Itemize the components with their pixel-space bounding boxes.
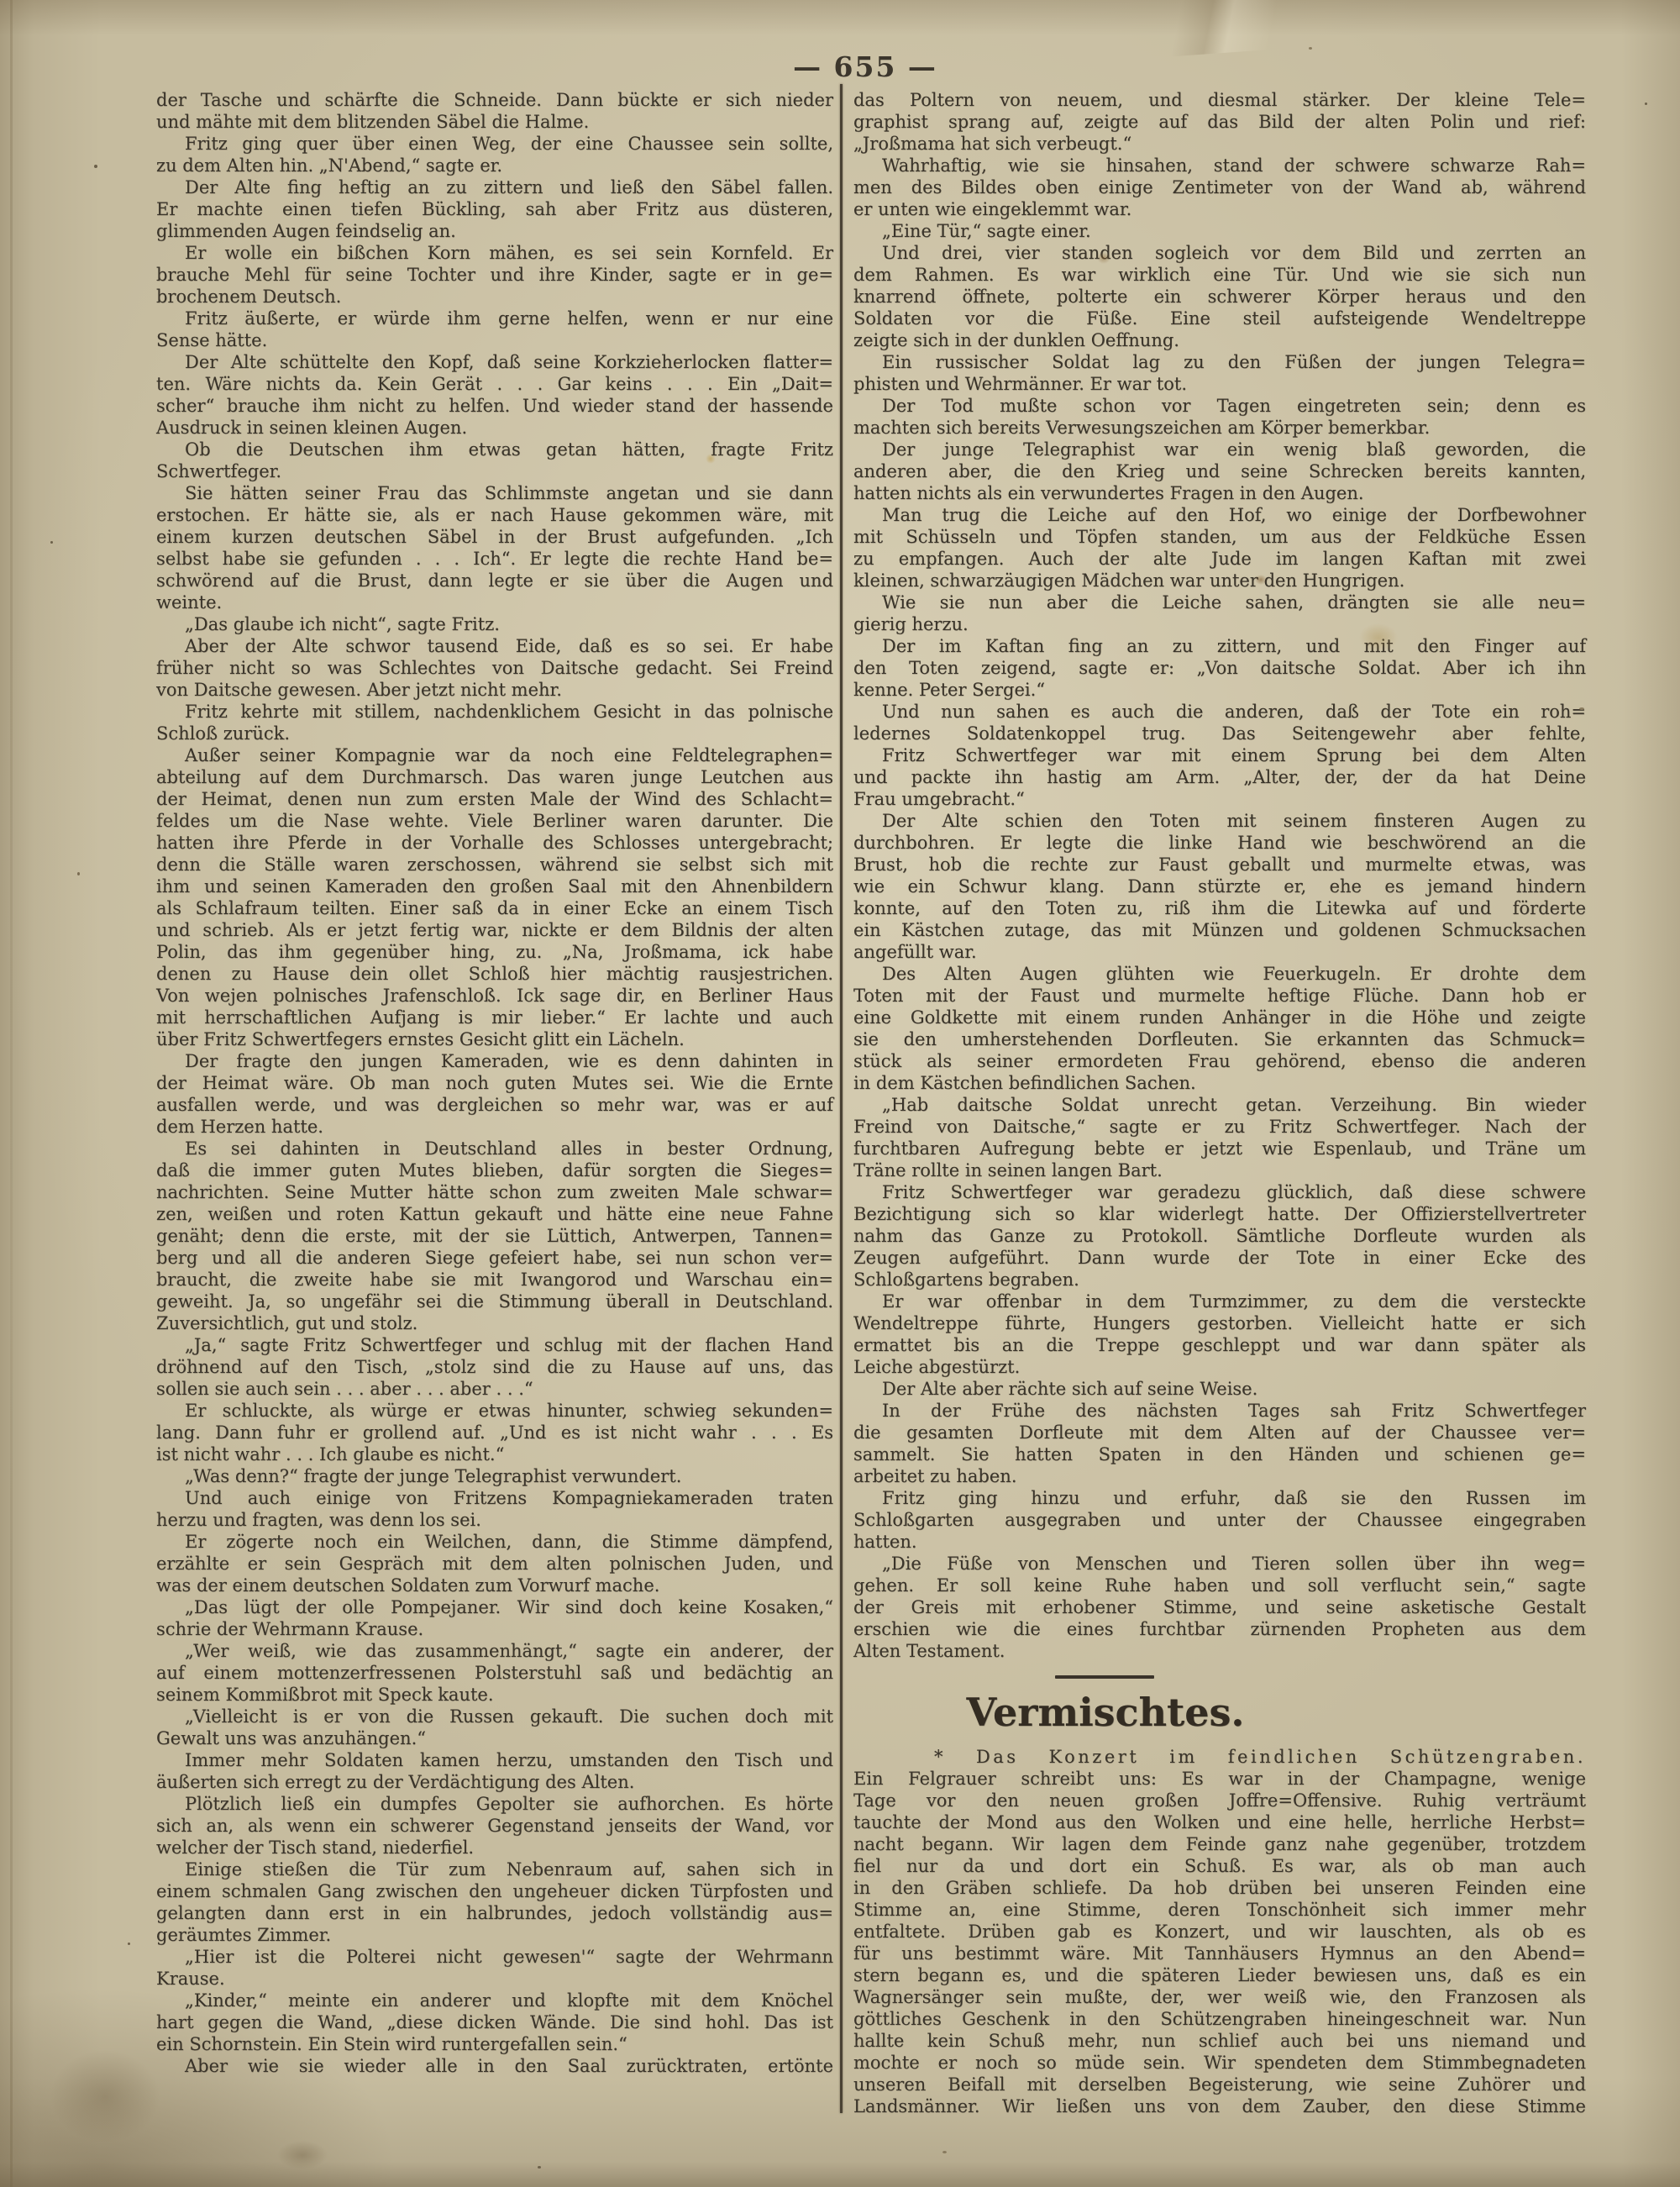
left-column: der Tasche und schärfte die Schneide. Da… (156, 89, 833, 2077)
text-line: göttliches Geschenk in den Schützengrabe… (853, 2008, 1586, 2030)
text-line: „Das lügt der olle Pompejaner. Wir sind … (156, 1596, 833, 1618)
text-line: Wendeltreppe führte, Hungers gestorben. … (853, 1312, 1586, 1334)
text-line: machten sich bereits Verwesungszeichen a… (853, 417, 1586, 439)
text-line: Fritz Schwertfeger war geradezu glücklic… (853, 1181, 1586, 1203)
text-line: er unten wie eingeklemmt war. (853, 198, 1586, 220)
text-line: Der Alte schüttelte den Kopf, daß seine … (156, 351, 833, 373)
text-line: und packte ihn hastig am Arm. „Alter, de… (853, 766, 1586, 788)
text-line: konnte, auf den Toten zu, riß ihm die Li… (853, 897, 1586, 919)
text-line: Er wolle ein bißchen Korn mähen, es sei … (156, 242, 833, 264)
text-line: mit herrschaftlichen Aufjang is mir lieb… (156, 1007, 833, 1028)
text-line: herzu und fragten, was denn los sei. (156, 1509, 833, 1531)
text-line: Stimme an, eine Stimme, deren Tonschönhe… (853, 1899, 1586, 1921)
paper-speck (1309, 47, 1312, 50)
text-line: arbeitet zu haben. (853, 1465, 1586, 1487)
text-line: „Hier ist die Polterei nicht gewesen'“ s… (156, 1946, 833, 1968)
text-line: „Was denn?“ fragte der junge Telegraphis… (156, 1465, 833, 1487)
text-line: mochte er noch so müde sein. Wir spendet… (853, 2052, 1586, 2074)
text-line: * Das Konzert im feindlichen Schützengra… (853, 1746, 1586, 1768)
paper-edge-crease (10, 0, 13, 2187)
text-line: ein Kästchen zutage, das mit Münzen und … (853, 919, 1586, 941)
text-line: Brust, hob die rechte zur Faust geballt … (853, 854, 1586, 875)
text-line: Immer mehr Soldaten kamen herzu, umstand… (156, 1749, 833, 1771)
text-line: Des Alten Augen glühten wie Feuerkugeln.… (853, 963, 1586, 985)
paper-speck (538, 2166, 541, 2169)
text-line: Sense hätte. (156, 329, 833, 351)
section-separator-rule (1055, 1675, 1154, 1679)
text-line: Der im Kaftan fing an zu zittern, und mi… (853, 635, 1586, 657)
text-line: Ein Felgrauer schreibt uns: Es war in de… (853, 1768, 1586, 1790)
text-line: für uns bestimmt wäre. Mit Tannhäusers H… (853, 1943, 1586, 1964)
text-line: geweiht. Ja, so ungefähr sei die Stimmun… (156, 1291, 833, 1312)
text-line: weinte. (156, 591, 833, 613)
text-line: sammelt. Sie hatten Spaten in den Händen… (853, 1443, 1586, 1465)
text-line: seinem Kommißbrot mit Speck kaute. (156, 1684, 833, 1706)
text-line: das Poltern von neuem, und diesmal stärk… (853, 89, 1586, 111)
text-line: Und drei, vier standen sogleich vor dem … (853, 242, 1586, 264)
text-line: über Fritz Schwertfegers ernstes Gesicht… (156, 1028, 833, 1050)
text-line: von Daitsche gewesen. Aber jetzt nicht m… (156, 679, 833, 701)
text-line: Alten Testament. (853, 1640, 1586, 1662)
text-line: wie ein Schwur klang. Dann stürzte er, e… (853, 875, 1586, 897)
text-line: Man trug die Leiche auf den Hof, wo eini… (853, 504, 1586, 526)
text-line: glimmenden Augen feindselig an. (156, 220, 833, 242)
text-line: der Heimat wäre. Ob man noch guten Mutes… (156, 1072, 833, 1094)
text-line: Sie hätten seiner Frau das Schlimmste an… (156, 482, 833, 504)
text-line: „Vielleicht is er von die Russen gekauft… (156, 1706, 833, 1727)
text-line: in den Gräben schliefe. Da hob drüben be… (853, 1877, 1586, 1899)
text-line: „Ja,“ sagte Fritz Schwertfeger und schlu… (156, 1334, 833, 1356)
text-line: einem schmalen Gang zwischen den ungeheu… (156, 1880, 833, 1902)
text-line: auf einem mottenzerfressenen Polsterstuh… (156, 1662, 833, 1684)
text-line: „Hab daitsche Soldat unrecht getan. Verz… (853, 1094, 1586, 1116)
text-line: ist nicht wahr . . . Ich glaube es nicht… (156, 1443, 833, 1465)
text-line: den Toten zeigend, sagte er: „Von daitsc… (853, 657, 1586, 679)
text-line: Krause. (156, 1968, 833, 1990)
text-line: hatten. (853, 1531, 1586, 1553)
text-line: der Heimat, denen nun zum ersten Male de… (156, 788, 833, 810)
text-line: Polin, das ihm gegenüber hing, zu. „Na, … (156, 941, 833, 963)
text-line: durchbohren. Er legte die linke Hand wie… (853, 832, 1586, 854)
text-line: gelangten dann erst in ein halbrundes, j… (156, 1902, 833, 1924)
text-line: men des Bildes oben einige Zentimeter vo… (853, 176, 1586, 198)
text-line: nacht begann. Wir lagen dem Feinde ganz … (853, 1833, 1586, 1855)
text-line: welcher der Tisch stand, niederfiel. (156, 1837, 833, 1858)
text-line: Ob die Deutschen ihm etwas getan hätten,… (156, 439, 833, 460)
text-line: Toten mit der Faust und murmelte heftige… (853, 985, 1586, 1007)
text-line: braucht, die zweite habe sie mit Iwangor… (156, 1269, 833, 1291)
text-line: hatten ihre Pferde in der Vorhalle des S… (156, 832, 833, 854)
text-line: Fritz äußerte, er würde ihm gerne helfen… (156, 308, 833, 329)
text-line: entfaltete. Drüben gab es Konzert, und w… (853, 1921, 1586, 1943)
text-line: ten. Wäre nichts da. Kein Gerät . . . Ga… (156, 373, 833, 395)
text-line: furchtbaren Aufregung bebte er jetzt wie… (853, 1138, 1586, 1159)
text-line: hallte kein Schuß mehr, nun schlief auch… (853, 2030, 1586, 2052)
text-line: dem Rahmen. Es war wirklich eine Tür. Un… (853, 264, 1586, 286)
newspaper-page: — 655 — der Tasche und schärfte die Schn… (0, 0, 1680, 2187)
text-line: Schloßgartens begraben. (853, 1269, 1586, 1291)
paper-speck (942, 2151, 947, 2153)
text-line: „Eine Tür,“ sagte einer. (853, 220, 1586, 242)
text-line: ledernes Soldatenkoppel trug. Das Seiten… (853, 723, 1586, 744)
right-column: das Poltern von neuem, und diesmal stärk… (853, 89, 1586, 2117)
text-line: Gewalt uns was anzuhängen.“ (156, 1727, 833, 1749)
text-line: Wahrhaftig, wie sie hinsahen, stand der … (853, 155, 1586, 176)
text-line: hart gegen die Wand, „diese dicken Wände… (156, 2011, 833, 2033)
text-line: In der Frühe des nächsten Tages sah Frit… (853, 1400, 1586, 1422)
text-line: scher“ brauche ihm nicht zu helfen. Und … (156, 395, 833, 417)
text-line: graphist sprang auf, zeigte auf das Bild… (853, 111, 1586, 133)
text-line: „Jroßmama hat sich verbeugt.“ (853, 133, 1586, 155)
text-line: Er war offenbar in dem Turmzimmer, zu de… (853, 1291, 1586, 1312)
text-line: Wagnersänger sein mußte, der, wer weiß w… (853, 1986, 1586, 2008)
text-line: Der Tod mußte schon vor Tagen eingetrete… (853, 395, 1586, 417)
text-line: Frau umgebracht.“ (853, 788, 1586, 810)
text-line: was der einem deutschen Soldaten zum Vor… (156, 1575, 833, 1596)
text-line: in dem Kästchen befindlichen Sachen. (853, 1072, 1586, 1094)
text-line: brauche Mehl für seine Tochter und ihre … (156, 264, 833, 286)
text-line: nahm das Ganze zu Protokoll. Sämtliche D… (853, 1225, 1586, 1247)
text-line: Landsmänner. Wir ließen uns von dem Zaub… (853, 2095, 1586, 2117)
text-line: Außer seiner Kompagnie war da noch eine … (156, 744, 833, 766)
text-line: erstochen. Er hätte sie, als er nach Hau… (156, 504, 833, 526)
text-line: Er machte einen tiefen Bückling, sah abe… (156, 198, 833, 220)
text-line: Plötzlich ließ ein dumpfes Gepolter sie … (156, 1793, 833, 1815)
paper-speck (94, 165, 97, 168)
text-line: ein Schornstein. Ein Stein wird runterge… (156, 2033, 833, 2055)
text-line: Von wejen polnisches Jrafenschloß. Ick s… (156, 985, 833, 1007)
text-line: zu dem Alten hin. „N'Abend,“ sagte er. (156, 155, 833, 176)
paper-speck (50, 541, 53, 544)
text-line: Er schluckte, als würge er etwas hinunte… (156, 1400, 833, 1422)
text-line: Schloß zurück. (156, 723, 833, 744)
text-line: erzählte er sein Gespräch mit dem alten … (156, 1553, 833, 1575)
text-line: ausfallen werde, und was dergleichen so … (156, 1094, 833, 1116)
text-line: „Das glaube ich nicht“, sagte Fritz. (156, 613, 833, 635)
text-line: Fritz Schwertfeger war mit einem Sprung … (853, 744, 1586, 766)
text-line: erschien wie die eines furchtbar zürnend… (853, 1618, 1586, 1640)
text-line: Träne rollte in seinen langen Bart. (853, 1159, 1586, 1181)
text-line: sie den umherstehenden Dorfleuten. Sie e… (853, 1028, 1586, 1050)
text-line: sollen sie auch sein . . . aber . . . ab… (156, 1378, 833, 1400)
column-divider-rule (840, 84, 843, 2113)
text-line: Fritz kehrte mit stillem, nachdenklichem… (156, 701, 833, 723)
text-line: und schrieb. Als er jetzt fertig war, ni… (156, 919, 833, 941)
paper-stain (277, 2141, 328, 2169)
text-line: „Kinder,“ meinte ein anderer und klopfte… (156, 1990, 833, 2011)
text-line: selbst habe sie gefunden . . . Ich“. Er … (156, 548, 833, 570)
paper-speck (1645, 103, 1647, 105)
text-line: abteilung auf dem Durchmarsch. Das waren… (156, 766, 833, 788)
text-line: fiel nur da und dort ein Schuß. Es war, … (853, 1855, 1586, 1877)
text-line: der Greis mit erhobener Stimme, und sein… (853, 1596, 1586, 1618)
text-line: Zuversichtlich, gut und stolz. (156, 1312, 833, 1334)
text-line: daß die immer guten Mutes blieben, dafür… (156, 1159, 833, 1181)
text-line: Ein russischer Soldat lag zu den Füßen d… (853, 351, 1586, 373)
text-line: unseren Beifall mit derselben Begeisteru… (853, 2074, 1586, 2095)
text-line: schwörend auf die Brust, dann legte er s… (156, 570, 833, 591)
section-heading-vermischtes: Vermischtes. (853, 1689, 1357, 1736)
text-line: äußerten sich erregt zu der Verdächtigun… (156, 1771, 833, 1793)
text-line: Tage vor den neuen großen Joffre=Offensi… (853, 1790, 1586, 1811)
text-line: als Schlafraum teilten. Einer saß da in … (156, 897, 833, 919)
text-line: „Wer weiß, wie das zusammenhängt,“ sagte… (156, 1640, 833, 1662)
text-line: der Tasche und schärfte die Schneide. Da… (156, 89, 833, 111)
text-line: Fritz ging quer über einen Weg, der eine… (156, 133, 833, 155)
text-line: Und auch einige von Fritzens Kompagnieka… (156, 1487, 833, 1509)
text-line: lang. Dann fuhr er grollend auf. „Und es… (156, 1422, 833, 1443)
left-column-text: der Tasche und schärfte die Schneide. Da… (156, 89, 833, 2077)
text-line: einem kurzen deutschen Säbel in der Brus… (156, 526, 833, 548)
text-line: Soldaten vor die Füße. Eine steil aufste… (853, 308, 1586, 329)
text-line: „Die Füße von Menschen und Tieren sollen… (853, 1553, 1586, 1575)
text-line: schrie der Wehrmann Krause. (156, 1618, 833, 1640)
text-line: denen zu Hause dein ollet Schloß hier mä… (156, 963, 833, 985)
text-line: sich an, als wenn ein schwerer Gegenstan… (156, 1815, 833, 1837)
text-line: brochenem Deutsch. (156, 286, 833, 308)
text-line: früher nicht so was Schlechtes von Daits… (156, 657, 833, 679)
text-line: hatten nichts als ein verwundertes Frage… (853, 482, 1586, 504)
text-line: knarrend öffnete, polterte ein schwerer … (853, 286, 1586, 308)
text-line: zeigte sich in der dunklen Oeffnung. (853, 329, 1586, 351)
text-line: geräumtes Zimmer. (156, 1924, 833, 1946)
text-line: stern begann es, und die späteren Lieder… (853, 1964, 1586, 1986)
text-line: Aber der Alte schwor tausend Eide, daß e… (156, 635, 833, 657)
text-line: denn die Ställe waren zerschossen, währe… (156, 854, 833, 875)
text-line: Freind von Daitsche,“ sagte er zu Fritz … (853, 1116, 1586, 1138)
text-line: zu empfangen. Auch der alte Jude im lang… (853, 548, 1586, 570)
text-line: gierig herzu. (853, 613, 1586, 635)
text-line: Es sei dahinten in Deutschland alles in … (156, 1138, 833, 1159)
text-line: stück als seiner ermordeten Frau gehören… (853, 1050, 1586, 1072)
text-line: Leiche abgestürzt. (853, 1356, 1586, 1378)
text-line: Bezichtigung sich so klar widerlegt hatt… (853, 1203, 1586, 1225)
text-line: Aber wie sie wieder alle in den Saal zur… (156, 2055, 833, 2077)
text-line: Ausdruck in seinen kleinen Augen. (156, 417, 833, 439)
text-line: Und nun sahen es auch die anderen, daß d… (853, 701, 1586, 723)
text-line: dem Herzen hatte. (156, 1116, 833, 1138)
text-line: Der Alte fing heftig an zu zittern und l… (156, 176, 833, 198)
text-line: feldes um die Nase wehte. Viele Berliner… (156, 810, 833, 832)
text-line: gehen. Er soll keine Ruhe haben und soll… (853, 1575, 1586, 1596)
text-line: Der junge Telegraphist war ein wenig bla… (853, 439, 1586, 460)
text-line: Schwertfeger. (156, 460, 833, 482)
text-line: Zeugen aufgeführt. Dann wurde der Tote i… (853, 1247, 1586, 1269)
paper-stain (50, 2050, 160, 2142)
text-line: Einige stießen die Tür zum Nebenraum auf… (156, 1858, 833, 1880)
paper-speck (128, 1943, 130, 1945)
text-line: Fritz ging hinzu und erfuhr, daß sie den… (853, 1487, 1586, 1509)
text-line: die gesamten Dorfleute mit dem Alten auf… (853, 1422, 1586, 1443)
text-line: kleinen, schwarzäugigen Mädchen war unte… (853, 570, 1586, 591)
text-line: Schloßgarten ausgegraben und unter der C… (853, 1509, 1586, 1531)
text-line: und mähte mit dem blitzenden Säbel die H… (156, 111, 833, 133)
text-line: dröhnend auf den Tisch, „stolz sind die … (156, 1356, 833, 1378)
text-line: Er zögerte noch ein Weilchen, dann, die … (156, 1531, 833, 1553)
text-line: anderen aber, die den Krieg und seine Sc… (853, 460, 1586, 482)
text-line: nachrichten. Seine Mutter hätte schon zu… (156, 1181, 833, 1203)
text-line: angefüllt war. (853, 941, 1586, 963)
text-line: Der fragte den jungen Kameraden, wie es … (156, 1050, 833, 1072)
page-number: — 655 — (25, 50, 1680, 83)
text-line: genäht; denn die erste, mit der sie Lütt… (156, 1225, 833, 1247)
paper-speck (77, 872, 80, 875)
text-line: Der Alte aber rächte sich auf seine Weis… (853, 1378, 1586, 1400)
text-line: phisten und Wehrmänner. Er war tot. (853, 373, 1586, 395)
text-line: kenne. Peter Sergei.“ (853, 679, 1586, 701)
text-line: eine Goldkette mit einem runden Anhänger… (853, 1007, 1586, 1028)
vermischtes-text: * Das Konzert im feindlichen Schützengra… (853, 1746, 1586, 2117)
text-line: Wie sie nun aber die Leiche sahen, dräng… (853, 591, 1586, 613)
right-column-text: das Poltern von neuem, und diesmal stärk… (853, 89, 1586, 1662)
text-line: zen, weißen und roten Kattun gekauft und… (156, 1203, 833, 1225)
text-line: tauchte der Mond aus den Wolken und eine… (853, 1811, 1586, 1833)
text-line: ermattet bis an die Treppe geschleppt un… (853, 1334, 1586, 1356)
text-line: Der Alte schien den Toten mit seinem fin… (853, 810, 1586, 832)
text-line: mit Schüsseln und Töpfen standen, um aus… (853, 526, 1586, 548)
text-line: ihm und seinen Kameraden den großen Saal… (156, 875, 833, 897)
text-line: berg und all die anderen Siege gefeiert … (156, 1247, 833, 1269)
